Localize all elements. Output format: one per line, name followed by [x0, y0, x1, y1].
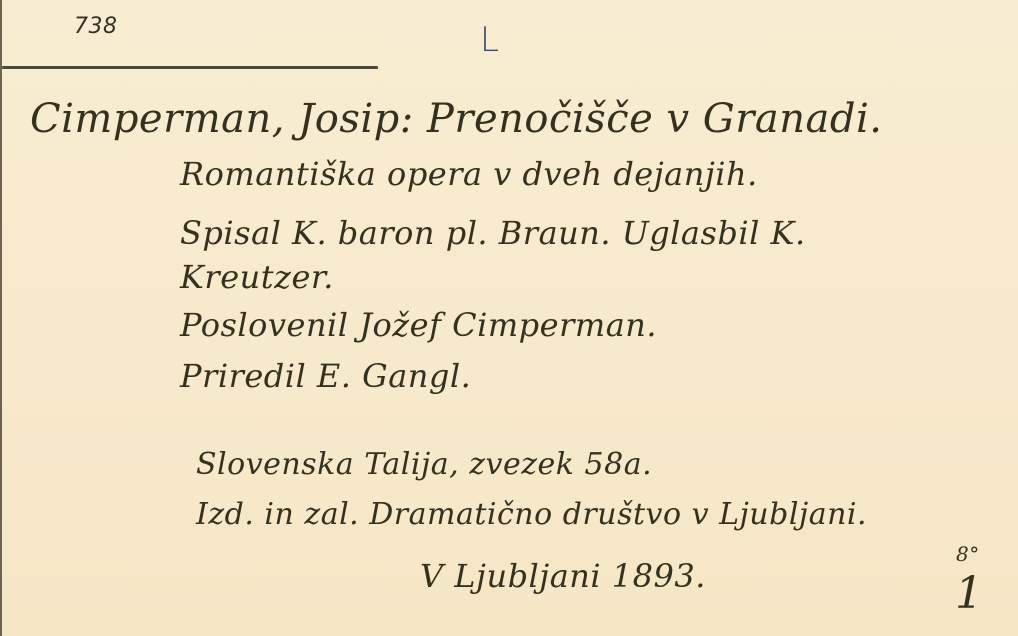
series-line: Slovenska Talija, zvezek 58a. [196, 447, 652, 482]
header-rule [2, 66, 378, 69]
translator-line: Poslovenil Jožef Cimperman. [180, 306, 657, 344]
publisher-line: Izd. in zal. Dramatično društvo v Ljublj… [196, 497, 867, 532]
format-mark: 8° [956, 542, 980, 566]
imprint-line: V Ljubljani 1893. [420, 557, 706, 595]
catalog-card: 738 L Cimperman, Josip: Prenočišče v Gra… [0, 0, 1018, 636]
author-title-line: Cimperman, Josip: Prenočišče v Granadi. [30, 96, 882, 142]
subtitle-line: Romantiška opera v dveh dejanjih. [180, 155, 758, 193]
editor-line: Priredil E. Gangl. [180, 357, 471, 395]
composer-line: Kreutzer. [180, 258, 334, 296]
authorship-line: Spisal K. baron pl. Braun. Uglasbil K. [180, 214, 806, 252]
letter-mark: L [480, 20, 499, 60]
copy-count: 1 [955, 568, 984, 619]
call-number: 738 [74, 14, 118, 39]
